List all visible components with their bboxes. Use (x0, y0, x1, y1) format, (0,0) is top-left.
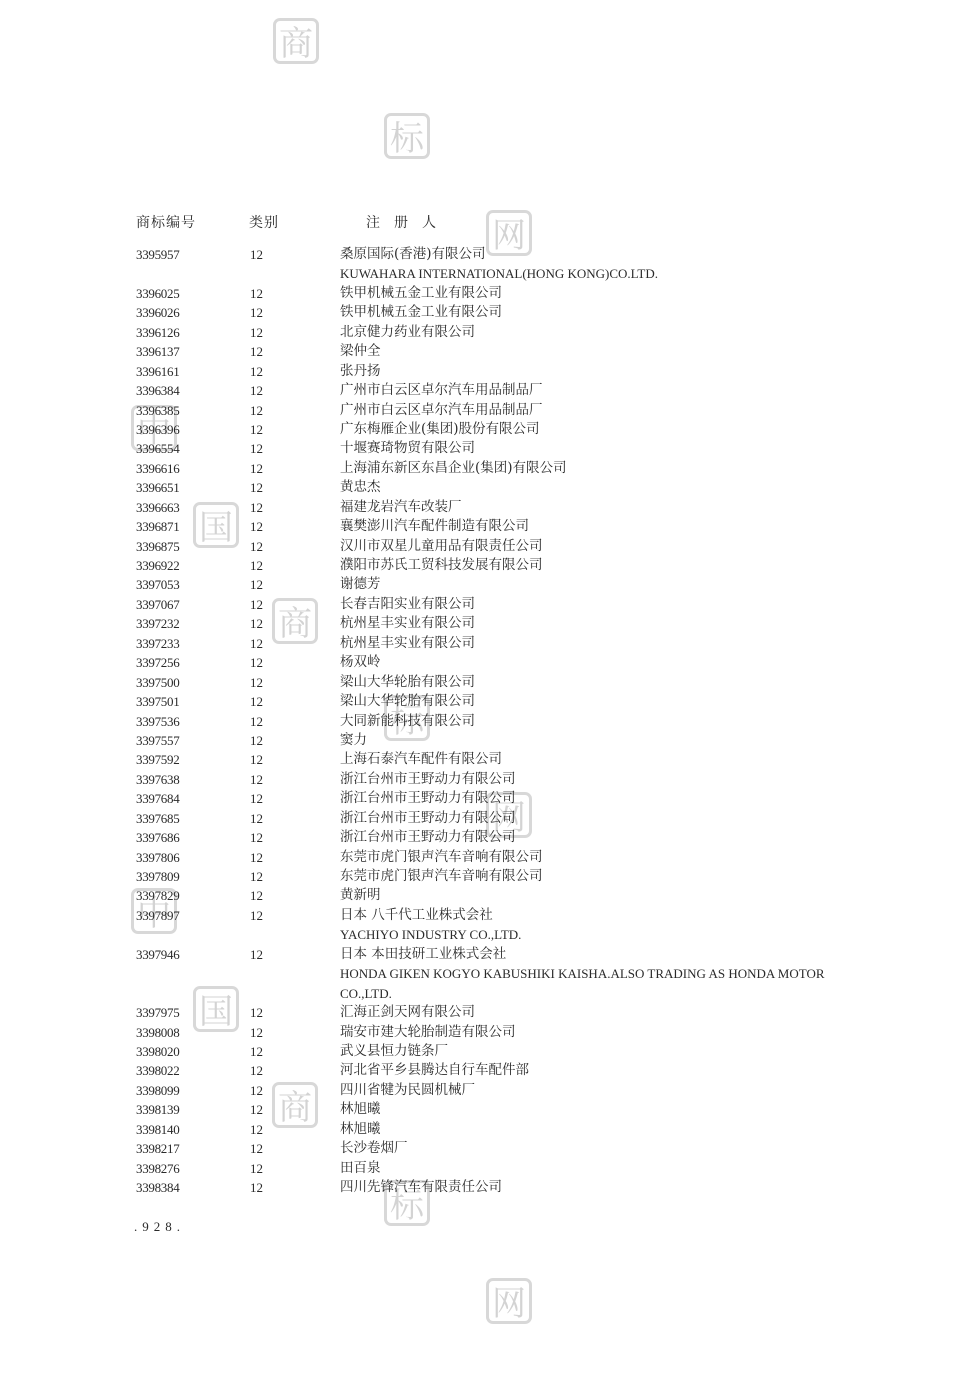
trademark-number: 3398008 (136, 1023, 179, 1042)
class-number: 12 (250, 537, 263, 556)
class-number: 12 (250, 692, 263, 711)
table-row: 339612612北京健力药业有限公司 (0, 323, 980, 342)
trademark-number: 3397232 (136, 614, 179, 633)
table-row: 339838412四川先锋汽车有限责任公司 (0, 1178, 980, 1197)
table-row: 339768412浙江台州市王野动力有限公司 (0, 789, 980, 808)
trademark-number: 3396025 (136, 284, 179, 303)
registrant-name: 张丹扬 (340, 362, 381, 381)
table-row: 339705312谢德芳 (0, 575, 980, 594)
table-row: 339706712长春吉阳实业有限公司 (0, 595, 980, 614)
registrant-name: 林旭曦 (340, 1120, 381, 1139)
registrant-name: 浙江台州市王野动力有限公司 (340, 809, 516, 828)
trademark-number: 3398217 (136, 1139, 179, 1158)
registrant-name: 福建龙岩汽车改装厂 (340, 498, 462, 517)
class-number: 12 (250, 556, 263, 575)
trademark-number: 3397053 (136, 575, 179, 594)
class-number: 12 (250, 1003, 263, 1022)
class-number: 12 (250, 828, 263, 847)
registrant-name: 长沙卷烟厂 (340, 1139, 408, 1158)
table-row: 339802212河北省平乡县腾达自行车配件部 (0, 1061, 980, 1080)
registrant-name: 黄新明 (340, 886, 381, 905)
table-row: 339802012武义县恒力链条厂 (0, 1042, 980, 1061)
table-row: 339768612浙江台州市王野动力有限公司 (0, 828, 980, 847)
table-row: 339725612杨双岭 (0, 653, 980, 672)
table-row: 339780912东莞市虎门银声汽车音响有限公司 (0, 867, 980, 886)
table-row: 339755712窦力 (0, 731, 980, 750)
table-row: 339602512铁甲机械五金工业有限公司 (0, 284, 980, 303)
trademark-number: 3396651 (136, 478, 179, 497)
class-number: 12 (250, 673, 263, 692)
registrant-name: 日本 本田技研工业株式会社 (340, 945, 506, 964)
table-row: 339723312杭州星丰实业有限公司 (0, 634, 980, 653)
registrant-name-english: KUWAHARA INTERNATIONAL(HONG KONG)CO.LTD. (340, 264, 658, 283)
class-number: 12 (250, 945, 263, 964)
trademark-number: 3397233 (136, 634, 179, 653)
registrant-name: 汇海正剑天网有限公司 (340, 1003, 475, 1022)
registrant-name: 广东梅雁企业(集团)股份有限公司 (340, 420, 540, 439)
registrant-name: 上海石泰汽车配件有限公司 (340, 750, 502, 769)
trademark-number: 3398020 (136, 1042, 179, 1061)
registrant-name: 上海浦东新区东昌企业(集团)有限公司 (340, 459, 567, 478)
registrant-name: 武义县恒力链条厂 (340, 1042, 448, 1061)
table-header: 商标编号 类别 注册人 (0, 212, 980, 232)
table-row: 339613712梁仲全 (0, 342, 980, 361)
class-number: 12 (250, 653, 263, 672)
registrant-name: 田百泉 (340, 1159, 381, 1178)
registrant-name-english: HONDA GIKEN KOGYO KABUSHIKI KAISHA.ALSO … (340, 964, 825, 983)
trademark-number: 3397592 (136, 750, 179, 769)
table-row-continuation: HONDA GIKEN KOGYO KABUSHIKI KAISHA.ALSO … (0, 964, 980, 983)
class-number: 12 (250, 362, 263, 381)
table-row: 339821712长沙卷烟厂 (0, 1139, 980, 1158)
class-number: 12 (250, 284, 263, 303)
registrant-name-english: CO.,LTD. (340, 984, 392, 1003)
header-registrant: 注册人 (366, 212, 450, 232)
trademark-number: 3397638 (136, 770, 179, 789)
registrant-name: 大同新能科技有限公司 (340, 712, 475, 731)
trademark-number: 3397946 (136, 945, 179, 964)
registrant-name: 汉川市双星儿童用品有限责任公司 (340, 537, 543, 556)
trademark-number: 3397897 (136, 906, 179, 925)
trademark-number: 3398384 (136, 1178, 179, 1197)
table-row: 339814012林旭曦 (0, 1120, 980, 1139)
registrant-name: 东莞市虎门银声汽车音响有限公司 (340, 848, 543, 867)
class-number: 12 (250, 245, 263, 264)
table-row-continuation: CO.,LTD. (0, 984, 980, 1003)
registrant-name: 梁山大华轮胎有限公司 (340, 673, 475, 692)
page-number: .928. (134, 1219, 185, 1235)
registrant-name: 浙江台州市王野动力有限公司 (340, 789, 516, 808)
trademark-number: 3397501 (136, 692, 179, 711)
table-row: 339759212上海石泰汽车配件有限公司 (0, 750, 980, 769)
class-number: 12 (250, 1081, 263, 1100)
registrant-name: 窦力 (340, 731, 367, 750)
registrant-name: 日本 八千代工业株式会社 (340, 906, 493, 925)
table-row: 339602612铁甲机械五金工业有限公司 (0, 303, 980, 322)
class-number: 12 (250, 478, 263, 497)
class-number: 12 (250, 517, 263, 536)
trademark-number: 3396384 (136, 381, 179, 400)
class-number: 12 (250, 595, 263, 614)
class-number: 12 (250, 439, 263, 458)
trademark-number: 3396554 (136, 439, 179, 458)
trademark-number: 3397256 (136, 653, 179, 672)
class-number: 12 (250, 1061, 263, 1080)
table-row: 339723212杭州星丰实业有限公司 (0, 614, 980, 633)
registrant-name: 铁甲机械五金工业有限公司 (340, 303, 502, 322)
trademark-number: 3398140 (136, 1120, 179, 1139)
class-number: 12 (250, 867, 263, 886)
class-number: 12 (250, 712, 263, 731)
watermark-stamp-icon: 网 (486, 1278, 532, 1324)
trademark-number: 3397067 (136, 595, 179, 614)
class-number: 12 (250, 1042, 263, 1061)
trademark-number: 3397975 (136, 1003, 179, 1022)
table-row: 339665112黄忠杰 (0, 478, 980, 497)
class-number: 12 (250, 770, 263, 789)
registrant-name: 林旭曦 (340, 1100, 381, 1119)
table-row: 339595712桑原国际(香港)有限公司 (0, 245, 980, 264)
class-number: 12 (250, 303, 263, 322)
registrant-name-english: YACHIYO INDUSTRY CO.,LTD. (340, 925, 521, 944)
trademark-number: 3396875 (136, 537, 179, 556)
trademark-number: 3397536 (136, 712, 179, 731)
registrant-name: 十堰赛琦物贸有限公司 (340, 439, 475, 458)
trademark-number: 3398022 (136, 1061, 179, 1080)
registrant-name: 桑原国际(香港)有限公司 (340, 245, 486, 264)
registrant-name: 四川先锋汽车有限责任公司 (340, 1178, 502, 1197)
registration-list: 339595712桑原国际(香港)有限公司KUWAHARA INTERNATIO… (0, 245, 980, 1197)
table-row: 339655412十堰赛琦物贸有限公司 (0, 439, 980, 458)
table-row: 339768512浙江台州市王野动力有限公司 (0, 809, 980, 828)
class-number: 12 (250, 789, 263, 808)
registrant-name: 谢德芳 (340, 575, 381, 594)
trademark-number: 3397686 (136, 828, 179, 847)
table-row: 339638512广州市白云区卓尔汽车用品制品厂 (0, 401, 980, 420)
class-number: 12 (250, 731, 263, 750)
table-row: 339780612东莞市虎门银声汽车音响有限公司 (0, 848, 980, 867)
class-number: 12 (250, 342, 263, 361)
table-row: 339687112襄樊澎川汽车配件制造有限公司 (0, 517, 980, 536)
registrant-name: 襄樊澎川汽车配件制造有限公司 (340, 517, 529, 536)
table-row: 339794612日本 本田技研工业株式会社 (0, 945, 980, 964)
class-number: 12 (250, 1120, 263, 1139)
class-number: 12 (250, 1023, 263, 1042)
trademark-number: 3396137 (136, 342, 179, 361)
trademark-number: 3396126 (136, 323, 179, 342)
registrant-name: 杭州星丰实业有限公司 (340, 634, 475, 653)
registrant-name: 杭州星丰实业有限公司 (340, 614, 475, 633)
trademark-number: 3397557 (136, 731, 179, 750)
trademark-number: 3397809 (136, 867, 179, 886)
trademark-number: 3398099 (136, 1081, 179, 1100)
table-row: 339809912四川省犍为民圆机械厂 (0, 1081, 980, 1100)
table-row: 339666312福建龙岩汽车改装厂 (0, 498, 980, 517)
table-row: 339800812瑞安市建大轮胎制造有限公司 (0, 1023, 980, 1042)
trademark-number: 3396616 (136, 459, 179, 478)
header-trademark-number: 商标编号 (136, 212, 196, 232)
table-row: 339763812浙江台州市王野动力有限公司 (0, 770, 980, 789)
registrant-name: 铁甲机械五金工业有限公司 (340, 284, 502, 303)
class-number: 12 (250, 381, 263, 400)
trademark-number: 3396922 (136, 556, 179, 575)
header-class: 类别 (249, 212, 279, 232)
table-row: 339692212濮阳市苏氏工贸科技发展有限公司 (0, 556, 980, 575)
trademark-number: 3396026 (136, 303, 179, 322)
class-number: 12 (250, 498, 263, 517)
trademark-number: 3398276 (136, 1159, 179, 1178)
class-number: 12 (250, 323, 263, 342)
trademark-number: 3397806 (136, 848, 179, 867)
registrant-name: 河北省平乡县腾达自行车配件部 (340, 1061, 529, 1080)
table-row: 339797512汇海正剑天网有限公司 (0, 1003, 980, 1022)
trademark-number: 3397685 (136, 809, 179, 828)
registrant-name: 黄忠杰 (340, 478, 381, 497)
registrant-name: 梁山大华轮胎有限公司 (340, 692, 475, 711)
table-row: 339789712日本 八千代工业株式会社 (0, 906, 980, 925)
class-number: 12 (250, 848, 263, 867)
table-row: 339639612广东梅雁企业(集团)股份有限公司 (0, 420, 980, 439)
class-number: 12 (250, 1100, 263, 1119)
registrant-name: 杨双岭 (340, 653, 381, 672)
table-row: 339750112梁山大华轮胎有限公司 (0, 692, 980, 711)
table-row-continuation: YACHIYO INDUSTRY CO.,LTD. (0, 925, 980, 944)
registrant-name: 北京健力药业有限公司 (340, 323, 475, 342)
registrant-name: 瑞安市建大轮胎制造有限公司 (340, 1023, 516, 1042)
class-number: 12 (250, 750, 263, 769)
table-row: 339753612大同新能科技有限公司 (0, 712, 980, 731)
trademark-number: 3396161 (136, 362, 179, 381)
trademark-number: 3396663 (136, 498, 179, 517)
registrant-name: 梁仲全 (340, 342, 381, 361)
class-number: 12 (250, 906, 263, 925)
class-number: 12 (250, 1178, 263, 1197)
class-number: 12 (250, 809, 263, 828)
trademark-number: 3397500 (136, 673, 179, 692)
table-row-continuation: KUWAHARA INTERNATIONAL(HONG KONG)CO.LTD. (0, 264, 980, 283)
registrant-name: 浙江台州市王野动力有限公司 (340, 770, 516, 789)
class-number: 12 (250, 1159, 263, 1178)
table-row: 339750012梁山大华轮胎有限公司 (0, 673, 980, 692)
watermark-stamp-icon: 标 (384, 113, 430, 159)
class-number: 12 (250, 420, 263, 439)
table-row: 339782912黄新明 (0, 886, 980, 905)
trademark-number: 3396385 (136, 401, 179, 420)
class-number: 12 (250, 459, 263, 478)
class-number: 12 (250, 401, 263, 420)
class-number: 12 (250, 886, 263, 905)
registrant-name: 长春吉阳实业有限公司 (340, 595, 475, 614)
document-page: 商标网中国商标网中国商标网 商标编号 类别 注册人 339595712桑原国际(… (0, 0, 980, 1400)
registrant-name: 广州市白云区卓尔汽车用品制品厂 (340, 401, 543, 420)
table-row: 339616112张丹扬 (0, 362, 980, 381)
class-number: 12 (250, 575, 263, 594)
table-row: 339661612上海浦东新区东昌企业(集团)有限公司 (0, 459, 980, 478)
trademark-number: 3397684 (136, 789, 179, 808)
table-row: 339638412广州市白云区卓尔汽车用品制品厂 (0, 381, 980, 400)
table-row: 339687512汉川市双星儿童用品有限责任公司 (0, 537, 980, 556)
class-number: 12 (250, 634, 263, 653)
registrant-name: 四川省犍为民圆机械厂 (340, 1081, 475, 1100)
watermark-stamp-icon: 商 (273, 18, 319, 64)
registrant-name: 广州市白云区卓尔汽车用品制品厂 (340, 381, 543, 400)
class-number: 12 (250, 614, 263, 633)
trademark-number: 3397829 (136, 886, 179, 905)
trademark-number: 3396871 (136, 517, 179, 536)
registrant-name: 东莞市虎门银声汽车音响有限公司 (340, 867, 543, 886)
class-number: 12 (250, 1139, 263, 1158)
table-row: 339827612田百泉 (0, 1159, 980, 1178)
registrant-name: 浙江台州市王野动力有限公司 (340, 828, 516, 847)
trademark-number: 3396396 (136, 420, 179, 439)
trademark-number: 3395957 (136, 245, 179, 264)
table-row: 339813912林旭曦 (0, 1100, 980, 1119)
trademark-number: 3398139 (136, 1100, 179, 1119)
registrant-name: 濮阳市苏氏工贸科技发展有限公司 (340, 556, 543, 575)
